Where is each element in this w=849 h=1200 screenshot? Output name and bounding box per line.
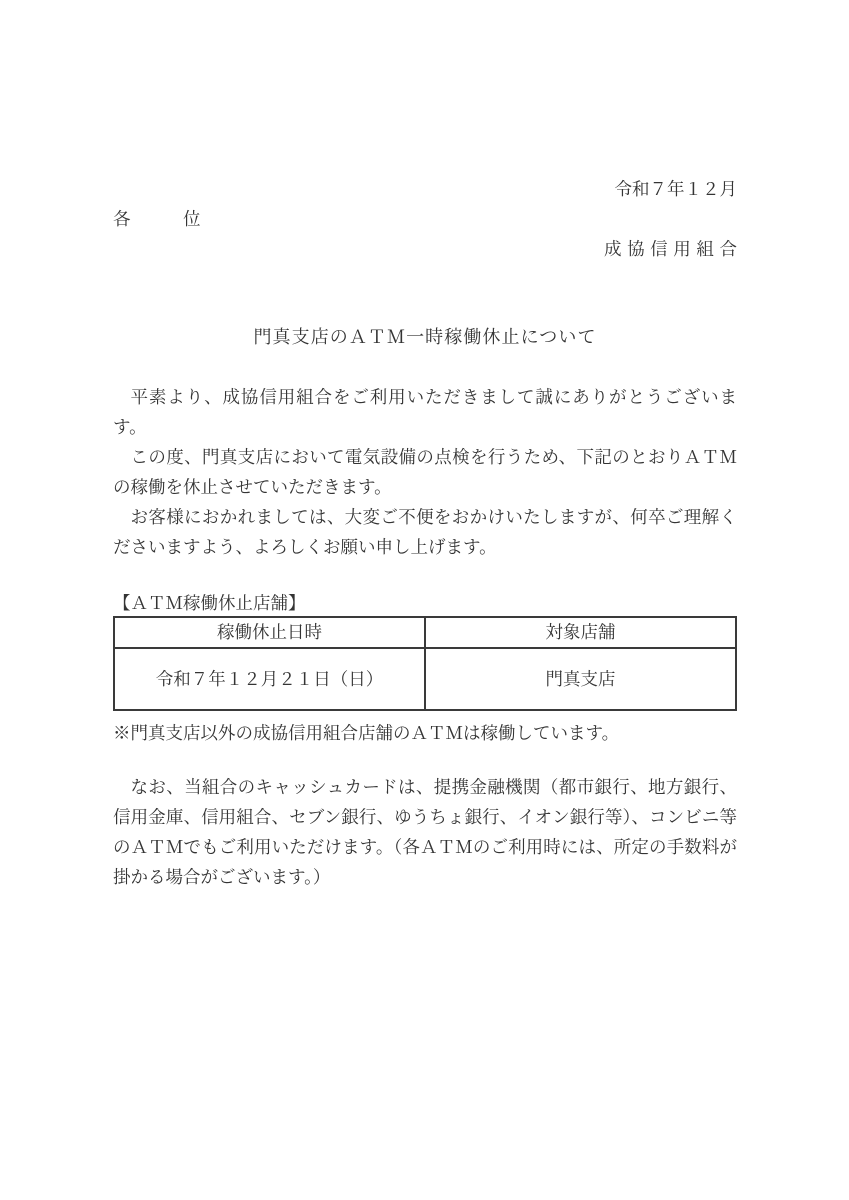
document-content: 令和７年１２月 各 位 成協信用組合 門真支店のＡＴＭ一時稼働休止について 平素… [0, 0, 849, 892]
section-label-atm-suspension: 【ＡＴＭ稼働休止店舗】 [113, 590, 737, 616]
addressee: 各 位 [113, 204, 737, 234]
target-branch-cell: 門真支店 [425, 648, 736, 710]
table-header-suspension-datetime: 稼働休止日時 [114, 617, 425, 648]
paragraph-greeting: 平素より、成協信用組合をご利用いただきまして誠にありがとうございます。 [113, 382, 737, 442]
suspension-table-head: 稼働休止日時 対象店舗 [114, 617, 736, 648]
sender-name: 成協信用組合 [604, 239, 743, 259]
paragraph-apology: お客様におかれましては、大変ご不便をおかけいたしますが、何卒ご理解くださいますよ… [113, 502, 737, 562]
notice-document-page: 令和７年１２月 各 位 成協信用組合 門真支店のＡＴＭ一時稼働休止について 平素… [0, 0, 849, 1200]
sender-line: 成協信用組合 [113, 234, 737, 264]
table-header-target-branch: 対象店舗 [425, 617, 736, 648]
document-date: 令和７年１２月 [113, 174, 737, 204]
suspension-table: 稼働休止日時 対象店舗 令和７年１２月２１日（日） 門真支店 [113, 616, 737, 711]
suspension-datetime-cell: 令和７年１２月２１日（日） [114, 648, 425, 710]
table-header-row: 稼働休止日時 対象店舗 [114, 617, 736, 648]
paragraph-closing: なお、当組合のキャッシュカードは、提携金融機関（都市銀行、地方銀行、信用金庫、信… [113, 772, 737, 892]
table-footnote: ※門真支店以外の成協信用組合店舗のＡＴＭは稼働しています。 [113, 718, 737, 748]
suspension-table-body: 令和７年１２月２１日（日） 門真支店 [114, 648, 736, 710]
document-title: 門真支店のＡＴＭ一時稼働休止について [113, 322, 737, 352]
paragraph-announcement: この度、門真支店において電気設備の点検を行うため、下記のとおりＡＴＭの稼働を休止… [113, 442, 737, 502]
table-row: 令和７年１２月２１日（日） 門真支店 [114, 648, 736, 710]
